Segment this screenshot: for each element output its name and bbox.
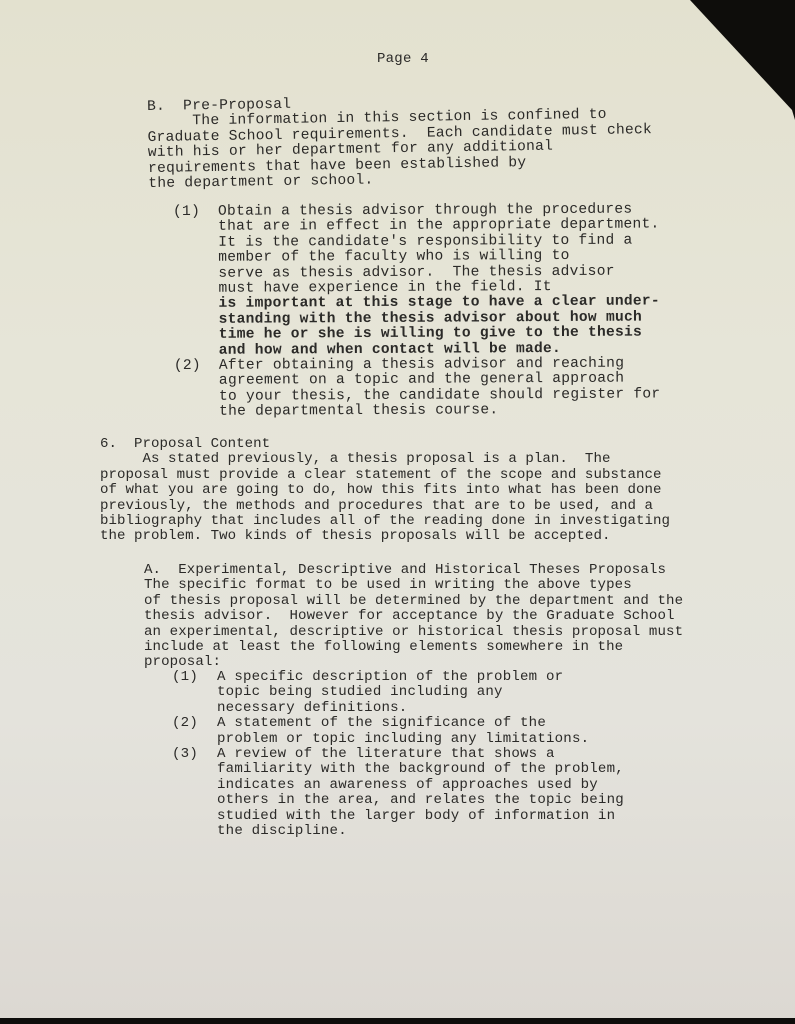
paragraph-line: thesis advisor. However for acceptance b… <box>144 609 683 624</box>
paragraph-line: proposal must provide a clear statement … <box>100 468 670 483</box>
required-elements-list: (1)A specific description of the problem… <box>172 670 624 839</box>
list-number: (2) <box>174 359 219 375</box>
list-line: studied with the larger body of informat… <box>217 808 615 824</box>
subsection-heading: A. Experimental, Descriptive and Histori… <box>144 563 683 578</box>
list-line: topic being studied including any <box>217 684 503 700</box>
paragraph-line: As stated previously, a thesis proposal … <box>100 452 670 467</box>
list-line: indicates an awareness of approaches use… <box>217 777 598 793</box>
list-line: A review of the literature that shows a <box>217 746 555 762</box>
pre-proposal-list: (1)Obtain a thesis advisor through the p… <box>173 202 661 420</box>
list-line: others in the area, and relates the topi… <box>217 792 624 808</box>
list-line: A specific description of the problem or <box>217 669 563 685</box>
list-line: the departmental thesis course. <box>219 403 498 420</box>
list-number: (1) <box>172 670 217 685</box>
list-number: (2) <box>172 716 217 731</box>
section-proposal-content: 6. Proposal Content As stated previously… <box>100 437 670 545</box>
list-line: It is the candidate's responsibility to … <box>218 232 632 250</box>
list-number: (1) <box>173 205 218 221</box>
section-pre-proposal: B. Pre-Proposal The information in this … <box>147 92 653 192</box>
list-line: familiarity with the background of the p… <box>217 761 624 777</box>
paragraph-line: bibliography that includes all of the re… <box>100 514 670 529</box>
section-heading: 6. Proposal Content <box>100 437 670 452</box>
list-line: the discipline. <box>217 823 347 839</box>
list-number: (3) <box>172 747 217 762</box>
emphasis-line: time he or she is willing to give to the… <box>219 325 642 343</box>
paragraph-line: an experimental, descriptive or historic… <box>144 625 683 640</box>
list-item: (3)A review of the literature that shows… <box>172 747 624 762</box>
list-item: (2)A statement of the significance of th… <box>172 716 624 731</box>
list-line: necessary definitions. <box>217 700 407 716</box>
list-line: problem or topic including any limitatio… <box>217 731 589 747</box>
paragraph-line: The specific format to be used in writin… <box>144 578 683 593</box>
list-line: serve as thesis advisor. The thesis advi… <box>218 263 614 281</box>
paragraph-line: include at least the following elements … <box>144 640 683 655</box>
paragraph-line: of what you are going to do, how this fi… <box>100 483 670 498</box>
paragraph-line: the problem. Two kinds of thesis proposa… <box>100 529 670 544</box>
list-line: A statement of the significance of the <box>217 715 546 731</box>
paragraph-line: previously, the methods and procedures t… <box>100 499 670 514</box>
list-line: to your thesis, the candidate should reg… <box>219 386 660 404</box>
list-item: (1)A specific description of the problem… <box>172 670 624 685</box>
page-number: Page 4 <box>377 52 429 67</box>
subsection-experimental-proposals: A. Experimental, Descriptive and Histori… <box>144 563 683 671</box>
paragraph-line: of thesis proposal will be determined by… <box>144 594 683 609</box>
